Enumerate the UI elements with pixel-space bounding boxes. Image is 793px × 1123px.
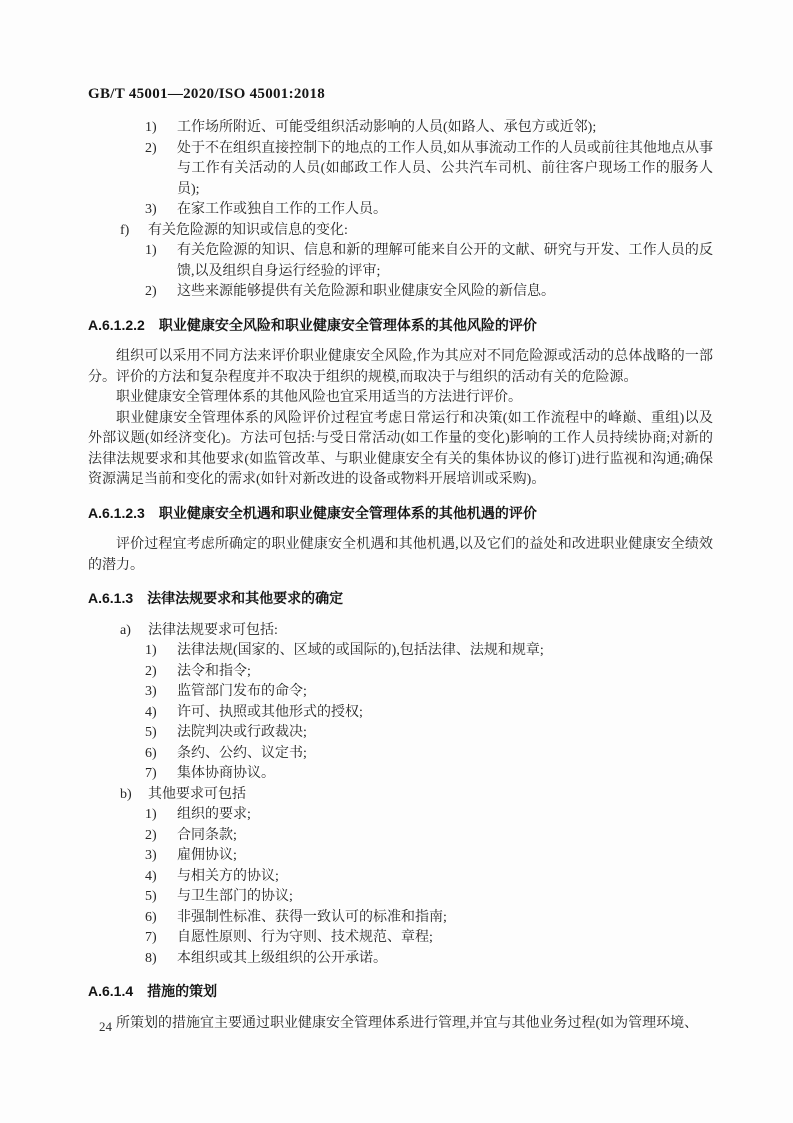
list-item-number: 7) xyxy=(145,764,177,785)
section-number: A.6.1.2.2 xyxy=(88,315,145,336)
list-item-number: 6) xyxy=(145,744,177,765)
list-item-text: 雇佣协议; xyxy=(177,846,713,867)
list-item-text: 法令和指令; xyxy=(177,662,713,683)
section-number: A.6.1.2.3 xyxy=(88,503,145,524)
document-page: GB/T 45001—2020/ISO 45001:2018 1) 工作场所附近… xyxy=(0,0,793,1123)
list-item-text: 这些来源能够提供有关危险源和职业健康安全风险的新信息。 xyxy=(177,282,713,303)
list-item-number: 5) xyxy=(145,887,177,908)
list-item: 7) 集体协商协议。 xyxy=(88,764,713,785)
list-item-text: 法院判决或行政裁决; xyxy=(177,723,713,744)
list-item: 2) 法令和指令; xyxy=(88,662,713,683)
list-item-text: 有关危险源的知识或信息的变化: xyxy=(148,221,713,242)
list-item: 1) 工作场所附近、可能受组织活动影响的人员(如路人、承包方或近邻); xyxy=(88,118,713,139)
list-item-number: 3) xyxy=(145,200,177,221)
list-item-letter: f) xyxy=(120,221,148,242)
list-item-text: 法律法规(国家的、区域的或国际的),包括法律、法规和规章; xyxy=(177,641,713,662)
paragraph: 职业健康安全管理体系的风险评价过程宜考虑日常运行和决策(如工作流程中的峰巅、重组… xyxy=(88,409,713,491)
list-item: f) 有关危险源的知识或信息的变化: xyxy=(88,221,713,242)
list-item: 2) 处于不在组织直接控制下的地点的工作人员,如从事流动工作的人员或前往其他地点… xyxy=(88,139,713,201)
list-item: 6) 非强制性标准、获得一致认可的标准和指南; xyxy=(88,908,713,929)
list-item: 2) 这些来源能够提供有关危险源和职业健康安全风险的新信息。 xyxy=(88,282,713,303)
list-item-text: 与卫生部门的协议; xyxy=(177,887,713,908)
list-item-text: 合同条款; xyxy=(177,826,713,847)
list-item-number: 2) xyxy=(145,826,177,847)
section-title: 措施的策划 xyxy=(147,981,217,1002)
list-item-text: 许可、执照或其他形式的授权; xyxy=(177,703,713,724)
list-item: 4) 许可、执照或其他形式的授权; xyxy=(88,703,713,724)
list-item-text: 其他要求可包括 xyxy=(148,785,713,806)
list-item-number: 8) xyxy=(145,949,177,970)
list-item-number: 2) xyxy=(145,282,177,303)
list-item-number: 4) xyxy=(145,867,177,888)
list-item-text: 集体协商协议。 xyxy=(177,764,713,785)
paragraph: 组织可以采用不同方法来评价职业健康安全风险,作为其应对不同危险源或活动的总体战略… xyxy=(88,347,713,388)
list-item-text: 有关危险源的知识、信息和新的理解可能来自公开的文献、研究与开发、工作人员的反馈,… xyxy=(177,241,713,282)
list-item-number: 1) xyxy=(145,641,177,662)
list-item: b) 其他要求可包括 xyxy=(88,785,713,806)
list-item: 7) 自愿性原则、行为守则、技术规范、章程; xyxy=(88,928,713,949)
list-item: 8) 本组织或其上级组织的公开承诺。 xyxy=(88,949,713,970)
list-item-letter: a) xyxy=(120,621,148,642)
list-item-number: 7) xyxy=(145,928,177,949)
standard-number-header: GB/T 45001—2020/ISO 45001:2018 xyxy=(88,86,713,103)
list-item: 3) 监管部门发布的命令; xyxy=(88,682,713,703)
list-item-text: 工作场所附近、可能受组织活动影响的人员(如路人、承包方或近邻); xyxy=(177,118,713,139)
list-item: 4) 与相关方的协议; xyxy=(88,867,713,888)
list-item: 5) 法院判决或行政裁决; xyxy=(88,723,713,744)
list-item-number: 2) xyxy=(145,139,177,201)
list-item: 1) 有关危险源的知识、信息和新的理解可能来自公开的文献、研究与开发、工作人员的… xyxy=(88,241,713,282)
list-item-text: 与相关方的协议; xyxy=(177,867,713,888)
page-number: 24 xyxy=(99,1019,112,1035)
list-item: 1) 法律法规(国家的、区域的或国际的),包括法律、法规和规章; xyxy=(88,641,713,662)
list-item-text: 法律法规要求可包括: xyxy=(148,621,713,642)
section-heading: A.6.1.3 法律法规要求和其他要求的确定 xyxy=(88,588,713,609)
section-heading: A.6.1.4 措施的策划 xyxy=(88,981,713,1002)
list-item-number: 2) xyxy=(145,662,177,683)
list-item-text: 自愿性原则、行为守则、技术规范、章程; xyxy=(177,928,713,949)
list-item-text: 监管部门发布的命令; xyxy=(177,682,713,703)
section-number: A.6.1.4 xyxy=(88,981,133,1002)
paragraph: 职业健康安全管理体系的其他风险也宜采用适当的方法进行评价。 xyxy=(88,388,713,409)
section-title: 职业健康安全机遇和职业健康安全管理体系的其他机遇的评价 xyxy=(159,503,537,524)
list-item: 1) 组织的要求; xyxy=(88,805,713,826)
list-item-number: 5) xyxy=(145,723,177,744)
list-item-number: 1) xyxy=(145,805,177,826)
paragraph: 评价过程宜考虑所确定的职业健康安全机遇和其他机遇,以及它们的益处和改进职业健康安… xyxy=(88,535,713,576)
list-item-text: 组织的要求; xyxy=(177,805,713,826)
list-item-text: 条约、公约、议定书; xyxy=(177,744,713,765)
list-item-number: 1) xyxy=(145,118,177,139)
list-item: 6) 条约、公约、议定书; xyxy=(88,744,713,765)
list-item-number: 6) xyxy=(145,908,177,929)
document-body: 1) 工作场所附近、可能受组织活动影响的人员(如路人、承包方或近邻); 2) 处… xyxy=(88,118,713,1034)
list-item: a) 法律法规要求可包括: xyxy=(88,621,713,642)
page-content: GB/T 45001—2020/ISO 45001:2018 1) 工作场所附近… xyxy=(88,86,713,1034)
list-item: 5) 与卫生部门的协议; xyxy=(88,887,713,908)
section-heading: A.6.1.2.3 职业健康安全机遇和职业健康安全管理体系的其他机遇的评价 xyxy=(88,503,713,524)
list-item: 3) 雇佣协议; xyxy=(88,846,713,867)
list-item-letter: b) xyxy=(120,785,148,806)
list-item: 2) 合同条款; xyxy=(88,826,713,847)
section-title: 职业健康安全风险和职业健康安全管理体系的其他风险的评价 xyxy=(159,315,537,336)
section-heading: A.6.1.2.2 职业健康安全风险和职业健康安全管理体系的其他风险的评价 xyxy=(88,315,713,336)
list-item-text: 在家工作或独自工作的工作人员。 xyxy=(177,200,713,221)
list-item-number: 3) xyxy=(145,846,177,867)
section-number: A.6.1.3 xyxy=(88,588,133,609)
list-item-number: 1) xyxy=(145,241,177,282)
list-item: 3) 在家工作或独自工作的工作人员。 xyxy=(88,200,713,221)
list-item-number: 4) xyxy=(145,703,177,724)
paragraph: 所策划的措施宜主要通过职业健康安全管理体系进行管理,并宜与其他业务过程(如为管理… xyxy=(88,1014,713,1035)
list-item-text: 处于不在组织直接控制下的地点的工作人员,如从事流动工作的人员或前往其他地点从事与… xyxy=(177,139,713,201)
section-title: 法律法规要求和其他要求的确定 xyxy=(147,588,343,609)
list-item-text: 非强制性标准、获得一致认可的标准和指南; xyxy=(177,908,713,929)
list-item-text: 本组织或其上级组织的公开承诺。 xyxy=(177,949,713,970)
list-item-number: 3) xyxy=(145,682,177,703)
